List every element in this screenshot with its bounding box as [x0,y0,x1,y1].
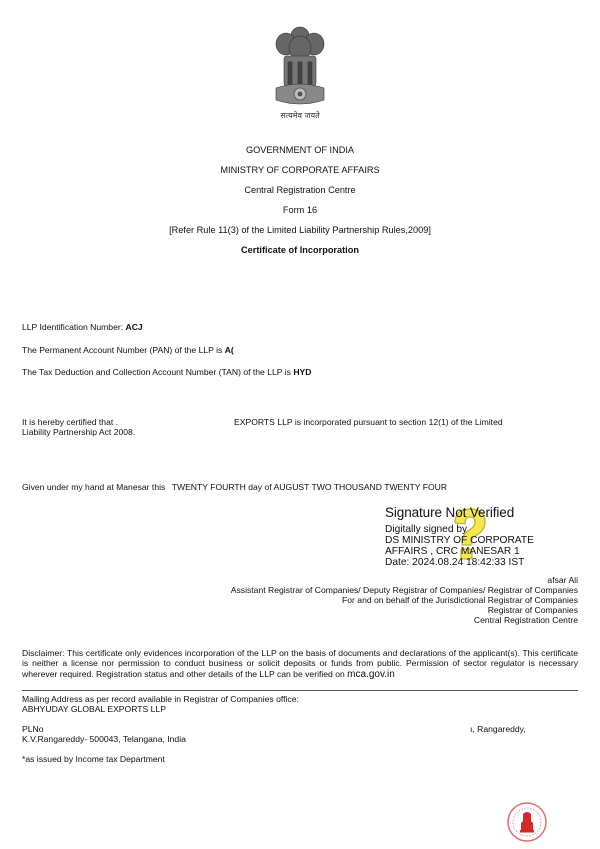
national-emblem-icon [266,22,334,112]
mca-seal-icon [506,801,548,843]
mailing-name: ABHYUDAY GLOBAL EXPORTS LLP [22,704,578,714]
signature-line2: DS MINISTRY OF CORPORATE [385,535,585,546]
registrar-behalf: For and on behalf of the Jurisdictional … [231,595,578,605]
tan-label: The Tax Deduction and Collection Account… [22,367,291,377]
registrar-block: afsar Ali Assistant Registrar of Compani… [231,575,578,625]
llpin-row: LLP Identification Number: ACJ [22,322,143,332]
registrar-office: Registrar of Companies [231,605,578,615]
disclaimer: Disclaimer: This certificate only eviden… [22,648,578,680]
pan-row: The Permanent Account Number (PAN) of th… [22,345,234,355]
address-end: ı, Rangareddy, [470,724,526,734]
given-date: TWENTY FOURTH day of AUGUST TWO THOUSAND… [172,482,447,492]
mailing-address: Mailing Address as per record available … [22,694,578,764]
address-start: PLNo [22,724,44,734]
emblem-motto: सत्यमेव जयते [250,110,350,121]
mca-link[interactable]: mca.gov.in [347,669,395,680]
tan-row: The Tax Deduction and Collection Account… [22,367,311,377]
disclaimer-text: Disclaimer: This certificate only eviden… [22,648,578,679]
llpin-value: ACJ [126,322,143,332]
rule-reference: [Refer Rule 11(3) of the Limited Liabili… [0,225,600,235]
given-prefix: Given under my hand at Manesar this [22,482,165,492]
mailing-label: Mailing Address as per record available … [22,694,578,704]
llpin-label: LLP Identification Number: [22,322,123,332]
tan-value: HYD [293,367,311,377]
digital-signature-block[interactable]: Signature Not Verified Digitally signed … [385,505,585,568]
certificate-title: Certificate of Incorporation [0,245,600,255]
certification-part3: Liability Partnership Act 2008. [22,427,135,437]
certification-part1: It is hereby certified that . [22,417,118,427]
signature-line3: AFFAIRS , CRC MANESAR 1 [385,546,585,557]
address-line2: K.V.Rangareddy- 500043, Telangana, India [22,734,578,744]
signature-status: Signature Not Verified [385,505,585,520]
ministry-heading: MINISTRY OF CORPORATE AFFAIRS [0,165,600,175]
registrar-centre: Central Registration Centre [231,615,578,625]
signature-line1: Digitally signed by [385,524,585,535]
form-number: Form 16 [0,205,600,215]
signature-date: Date: 2024.08.24 18:42:33 IST [385,557,585,568]
registrar-designation: Assistant Registrar of Companies/ Deputy… [231,585,578,595]
government-heading: GOVERNMENT OF INDIA [0,145,600,155]
given-statement: Given under my hand at Manesar this TWEN… [22,482,447,492]
pan-label: The Permanent Account Number (PAN) of th… [22,345,222,355]
pan-value: A( [225,345,234,355]
certification-part2: EXPORTS LLP is incorporated pursuant to … [234,417,503,427]
divider [22,690,578,691]
footnote: *as issued by Income tax Department [22,754,578,764]
centre-heading: Central Registration Centre [0,185,600,195]
registrar-name: afsar Ali [231,575,578,585]
